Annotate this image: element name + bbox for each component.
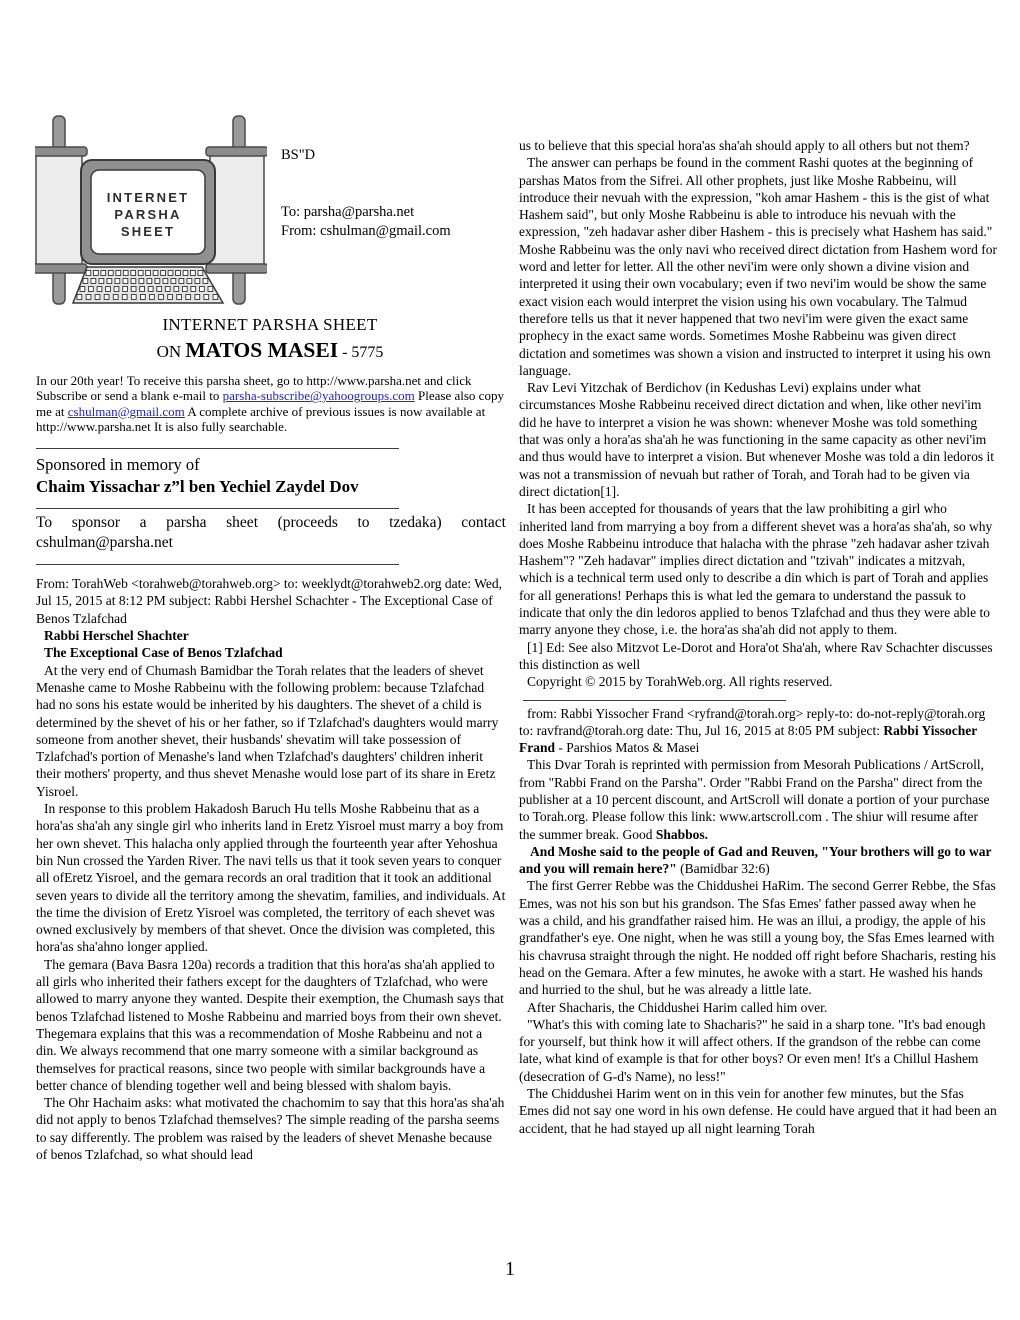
scroll-cap xyxy=(35,147,87,156)
separator-line xyxy=(36,448,399,449)
article-paragraph: In response to this problem Hakadosh Bar… xyxy=(36,800,506,956)
email-link[interactable]: cshulman@gmail.com xyxy=(68,404,185,419)
email-header-torahweb: From: TorahWeb <torahweb@torahweb.org> t… xyxy=(36,575,506,627)
separator-line xyxy=(36,508,399,509)
parsha-sheet-page: INTERNET PARSHA SHEET BS"D To: parsha@pa… xyxy=(0,0,1020,1320)
subtitle-year: - 5775 xyxy=(338,344,383,361)
mail-from-line: From: cshulman@gmail.com xyxy=(281,222,451,241)
left-column: In our 20th year! To receive this parsha… xyxy=(36,373,506,1163)
article-paragraph: "What's this with coming late to Shachar… xyxy=(519,1016,997,1085)
article-paragraph: The Chiddushei Harim went on in this vei… xyxy=(519,1085,997,1137)
subscribe-paragraph: In our 20th year! To receive this parsha… xyxy=(36,373,506,434)
separator-line xyxy=(523,700,786,701)
sponsored-name: Chaim Yissachar z”l ben Yechiel Zaydel D… xyxy=(36,475,506,498)
scroll-cap xyxy=(206,264,267,273)
article-paragraph: Rav Levi Yitzchak of Berdichov (in Kedus… xyxy=(519,379,997,500)
sheet-subtitle: ON MATOS MASEI - 5775 xyxy=(35,338,505,363)
scroll-parchment-left xyxy=(36,154,82,266)
to-sponsor-paragraph: To sponsor a parsha sheet (proceeds to t… xyxy=(36,513,506,552)
mail-to-line: To: parsha@parsha.net xyxy=(281,203,451,222)
right-column: us to believe that this special hora'as … xyxy=(519,137,997,1137)
sheet-title: INTERNET PARSHA SHEET xyxy=(35,315,505,335)
article-title-heading: The Exceptional Case of Benos Tzlafchad xyxy=(36,644,506,661)
article-paragraph: The first Gerrer Rebbe was the Chiddushe… xyxy=(519,877,997,998)
sheet-title-block: INTERNET PARSHA SHEET ON MATOS MASEI - 5… xyxy=(35,315,505,363)
subtitle-prefix: ON xyxy=(157,342,186,361)
footnote-paragraph: [1] Ed: See also Mitzvot Le-Dorot and Ho… xyxy=(519,639,997,674)
article-paragraph: After Shacharis, the Chiddushei Harim ca… xyxy=(519,999,997,1016)
separator-line xyxy=(36,564,399,565)
email-link[interactable]: parsha-subscribe@yahoogroups.com xyxy=(223,388,415,403)
article-paragraph: At the very end of Chumash Bamidbar the … xyxy=(36,662,506,800)
logo-text-line3: SHEET xyxy=(121,224,175,239)
logo-text-line1: INTERNET xyxy=(107,190,190,205)
article-paragraph: The answer can perhaps be found in the c… xyxy=(519,154,997,379)
torah-scroll-computer-icon: INTERNET PARSHA SHEET xyxy=(35,112,267,308)
subtitle-parsha-name: MATOS MASEI xyxy=(185,338,338,362)
logo-text-line2: PARSHA xyxy=(114,207,181,222)
email-header-frand: from: Rabbi Yissocher Frand <ryfrand@tor… xyxy=(519,705,997,757)
scroll-cap xyxy=(206,147,267,156)
article-paragraph: It has been accepted for thousands of ye… xyxy=(519,500,997,638)
internet-parsha-sheet-logo: INTERNET PARSHA SHEET xyxy=(35,112,267,308)
mail-to-from-block: To: parsha@parsha.net From: cshulman@gma… xyxy=(281,203,451,240)
article-paragraph-continuation: us to believe that this special hora'as … xyxy=(519,137,997,154)
verse-quote-paragraph: And Moshe said to the people of Gad and … xyxy=(519,843,997,878)
page-number: 1 xyxy=(0,1258,1020,1281)
bsd-label: BS"D xyxy=(281,147,315,164)
article-paragraph: This Dvar Torah is reprinted with permis… xyxy=(519,756,997,842)
sponsored-in-memory-label: Sponsored in memory of xyxy=(36,454,506,475)
author-heading: Rabbi Herschel Shachter xyxy=(36,627,506,644)
article-paragraph: The gemara (Bava Basra 120a) records a t… xyxy=(36,956,506,1094)
article-paragraph: The Ohr Hachaim asks: what motivated the… xyxy=(36,1094,506,1163)
copyright-line: Copyright © 2015 by TorahWeb.org. All ri… xyxy=(519,673,997,690)
scroll-cap xyxy=(35,264,87,273)
scroll-parchment-right xyxy=(210,154,264,266)
